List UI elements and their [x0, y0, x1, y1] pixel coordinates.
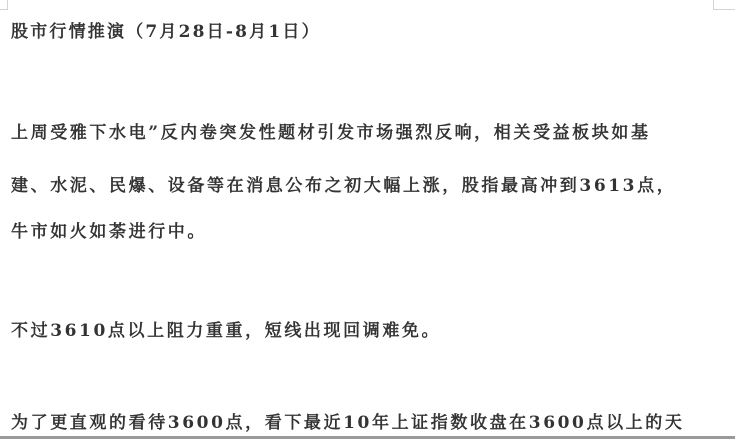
paragraph-1-line-2: 建、水泥、民爆、设备等在消息公布之初大幅上涨，股指最高冲到3613点， — [11, 175, 676, 197]
document-title: 股市行情推演（7月28日-8月1日） — [11, 21, 321, 43]
crop-mark-top-right — [713, 0, 735, 10]
paragraph-1-line-1: 上周受雅下水电”反内卷突发性题材引发市场强烈反响，相关受益板块如基 — [11, 122, 651, 144]
paragraph-2-line-1: 不过3610点以上阻力重重，短线出现回调难免。 — [11, 320, 441, 342]
crop-mark-top-left — [0, 0, 8, 10]
paragraph-1-line-3: 牛市如火如荼进行中。 — [11, 221, 207, 243]
document-page: 股市行情推演（7月28日-8月1日） 上周受雅下水电”反内卷突发性题材引发市场强… — [0, 0, 735, 439]
paragraph-3-line-1: 为了更直观的看待3600点，看下最近10年上证指数收盘在3600点以上的天 — [11, 412, 685, 434]
